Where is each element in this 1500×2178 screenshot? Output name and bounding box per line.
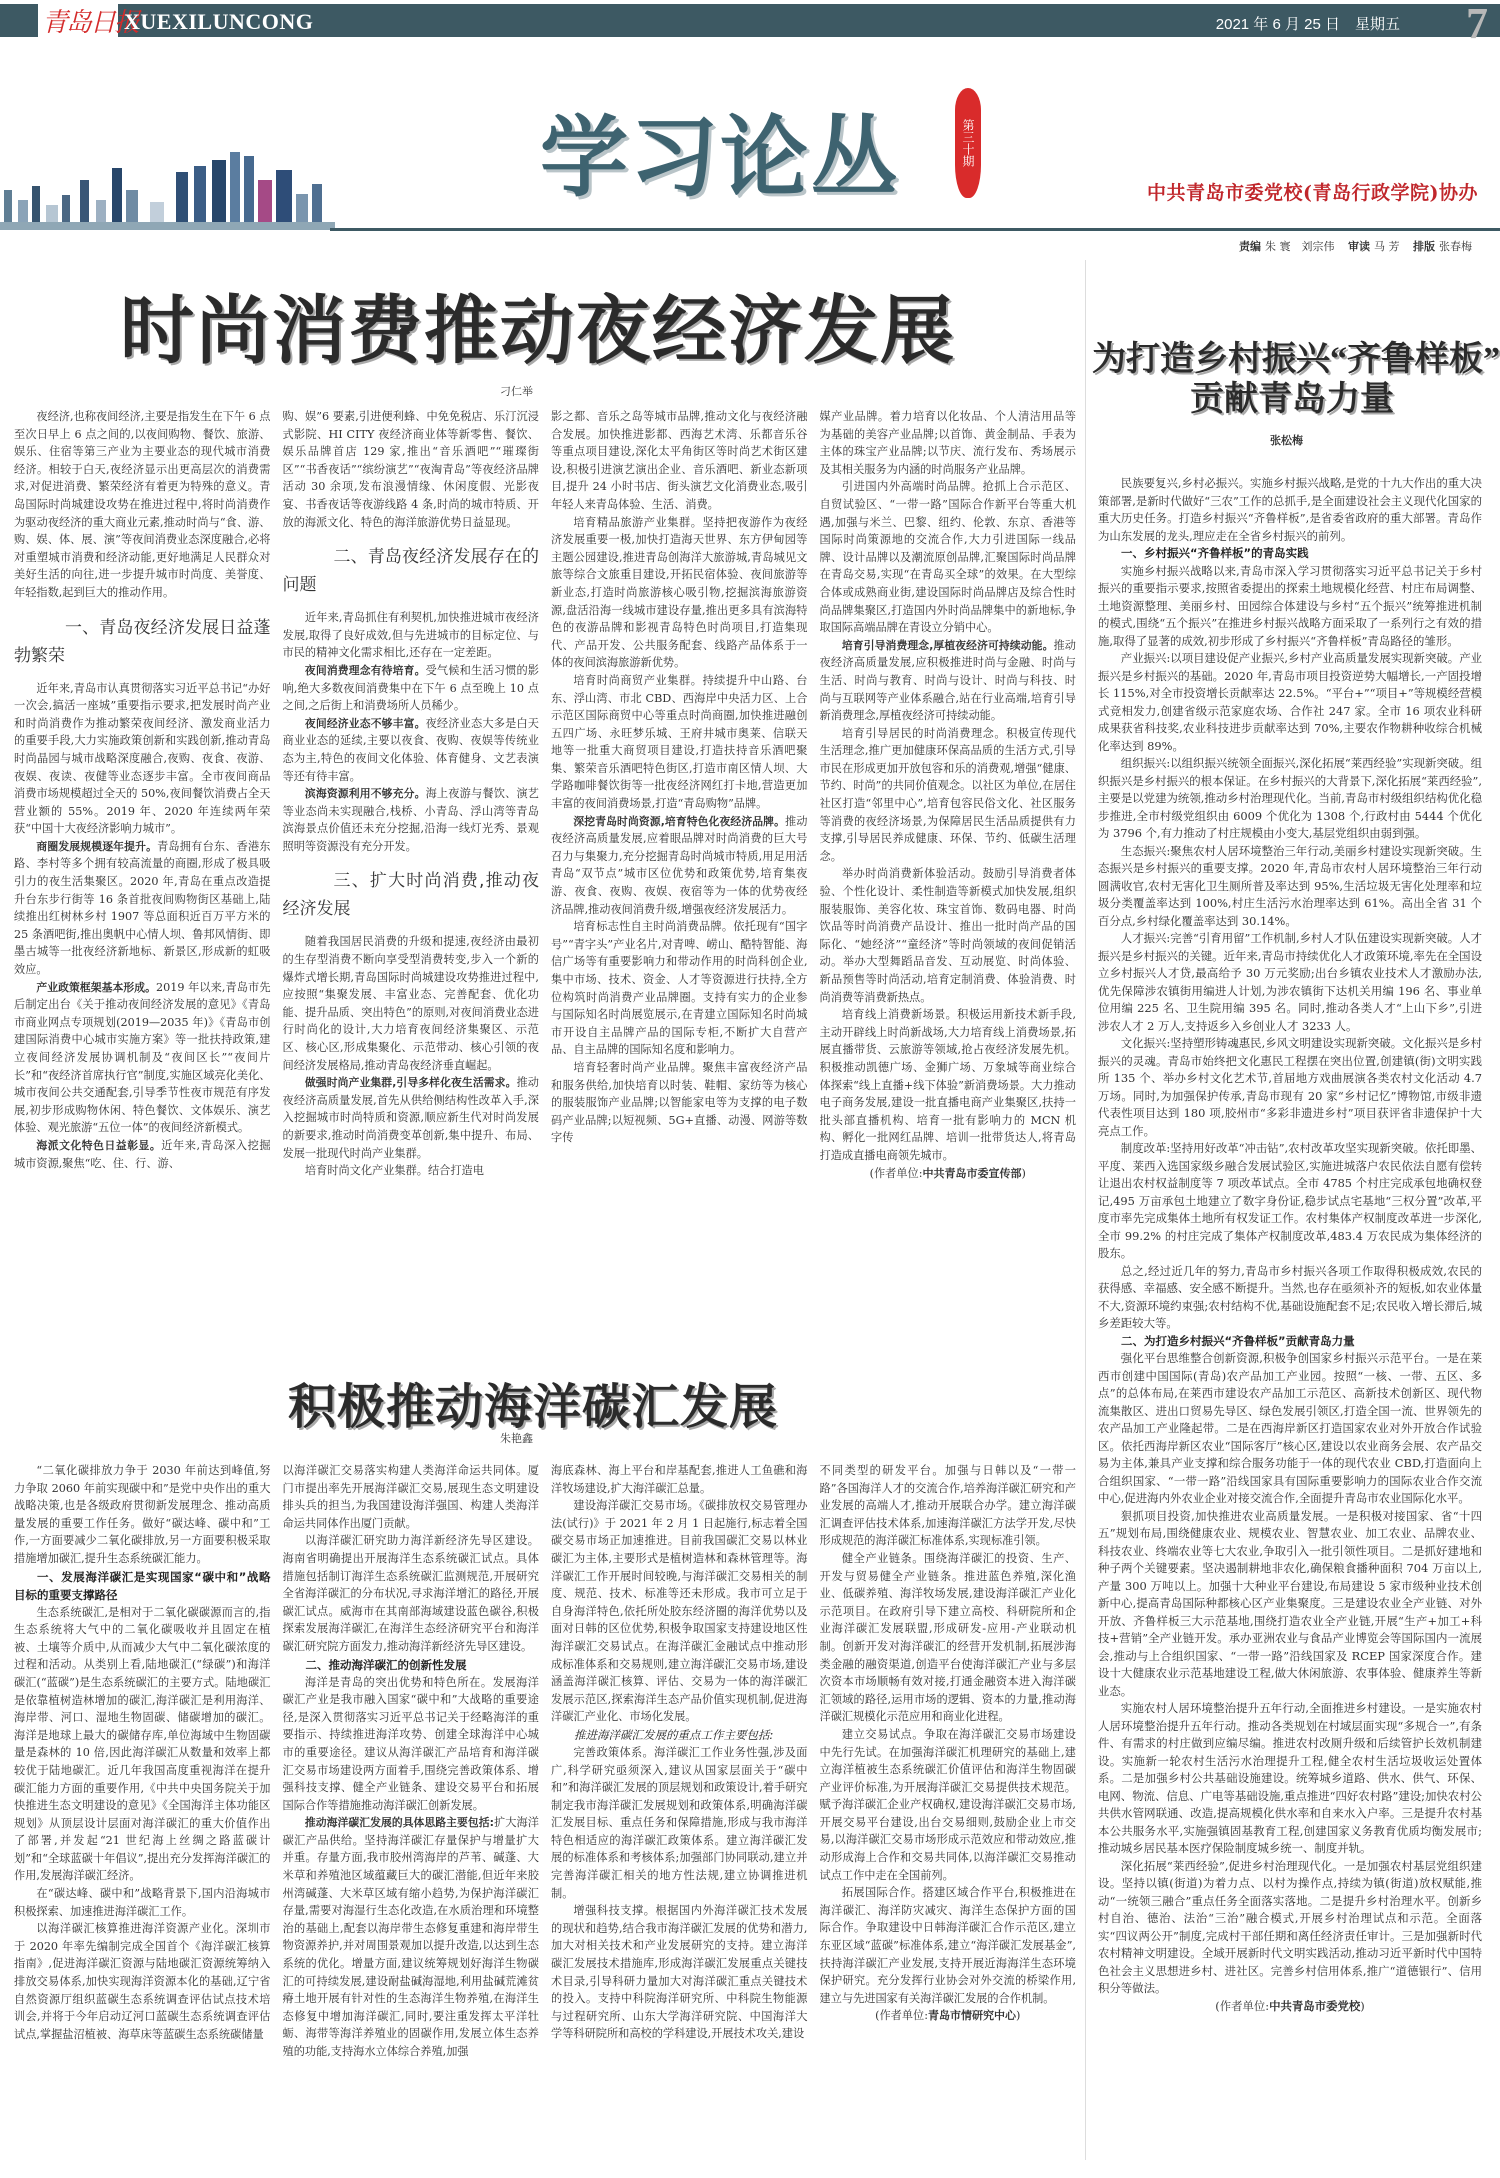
- article-body: 夜经济,也称夜间经济,主要是指发生在下午 6 点至次日早上 6 点之间的,以夜间…: [14, 408, 1076, 1318]
- text-column: 影之都、音乐之岛等城市品牌,推动文化与夜经济融合发展。加快推进影都、西海艺术湾、…: [551, 408, 808, 1318]
- paragraph: 生态系统碳汇,是相对于二氧化碳碳源而言的,指生态系统将大气中的二氧化碳吸收并且固…: [14, 1604, 271, 1886]
- text-column: 海底森林、海上平台和岸基配套,推进人工鱼礁和海洋牧场建设,扩大海洋碳汇总量。建设…: [551, 1462, 808, 2162]
- paragraph: 购、娱”6 要素,引进便利蜂、中免免税店、乐汀沉浸式影院、HI CITY 夜经济…: [283, 408, 540, 531]
- text-column: 购、娱”6 要素,引进便利蜂、中免免税店、乐汀沉浸式影院、HI CITY 夜经济…: [283, 408, 540, 1318]
- editor-names: 马 芳: [1374, 240, 1400, 253]
- paragraph: 培育引导消费理念,厚植夜经济可持续动能。推动夜经济高质量发展,应积极推进时尚与金…: [820, 637, 1077, 725]
- paragraph: 滨海资源利用不够充分。海上夜游与餐饮、演艺等业态尚未实现融合,栈桥、小青岛、浮山…: [283, 785, 540, 855]
- editor-names: 张春梅: [1439, 240, 1472, 253]
- masthead-divider: [330, 228, 1500, 231]
- article-title[interactable]: 时尚消费推动夜经济发展: [120, 272, 956, 378]
- city-skyline-image: [0, 150, 335, 230]
- paragraph: 举办时尚消费新体验活动。鼓励引导消费者体验、个性化设计、柔性制造等新模式加快发展…: [820, 865, 1077, 1006]
- section-heading: 一、乡村振兴“齐鲁样板”的青岛实践: [1098, 545, 1482, 563]
- section-heading: 二、推动海洋碳汇的创新性发展: [283, 1656, 540, 1674]
- issue-date: 2021 年 6 月 25 日 星期五: [1216, 13, 1400, 34]
- affiliation-name: 青岛市情研究中心: [928, 2009, 1016, 2022]
- paragraph: 建立交易试点。争取在海洋碳汇交易市场建设中先行先试。在加强海洋碳汇机理研究的基础…: [820, 1726, 1077, 1884]
- paragraph: 以海洋碳汇核算推进海洋资源产业化。深圳市于 2020 年率先编制完成全国首个《海…: [14, 1920, 271, 2043]
- paragraph: 深化拓展“莱西经验”,促进乡村治理现代化。一是加强农村基层党组织建设。坚持以镇(…: [1098, 1858, 1482, 1998]
- text-column: 媒产业品牌。着力培育以化妆品、个人清洁用品等为基础的美容产业品牌;以首饰、黄金制…: [820, 408, 1077, 1318]
- paragraph: 影之都、音乐之岛等城市品牌,推动文化与夜经济融合发展。加快推进影都、西海艺术湾、…: [551, 408, 808, 514]
- column-title: 学习论丛: [540, 88, 900, 214]
- paragraph: 培育标志性自主时尚消费品牌。依托现有“国字号”“青字头”产业名片,对青啤、崂山、…: [551, 918, 808, 1059]
- paragraph: 民族要复兴,乡村必振兴。实施乡村振兴战略,是党的十九大作出的重大决策部署,是新时…: [1098, 475, 1482, 545]
- paragraph: 文化振兴:坚持塑形铸魂惠民,乡风文明建设实现新突破。文化振兴是乡村振兴的灵魂。青…: [1098, 1035, 1482, 1140]
- text-column: 以海洋碳汇交易落实构建人类海洋命运共同体。厦门市提出率先开展海洋碳汇交易,展现生…: [283, 1462, 540, 2162]
- cohost-label: 中共青岛市委党校(青岛行政学院)协办: [1147, 178, 1478, 205]
- lead-in: 滨海资源利用不够充分。: [305, 787, 426, 800]
- paragraph: 引进国内外高端时尚品牌。抢抓上合示范区、自贸试验区、“一带一路”国际合作新平台等…: [820, 478, 1077, 636]
- article-body: “二氧化碳排放力争于 2030 年前达到峰值,努力争取 2060 年前实现碳中和…: [14, 1462, 1076, 2162]
- paragraph: 以海洋碳汇交易落实构建人类海洋命运共同体。厦门市提出率先开展海洋碳汇交易,展现生…: [283, 1462, 540, 1532]
- section-heading: 三、扩大时尚消费,推动夜经济发展: [283, 867, 540, 923]
- author-affiliation: (作者单位:青岛市情研究中心): [820, 2007, 1077, 2025]
- paragraph: 培育线上消费新场景。积极运用新技术新手段,主动开辟线上时尚新战场,大力培育线上消…: [820, 1006, 1077, 1164]
- section-heading: 一、发展海洋碳汇是实现国家“碳中和”战略目标的重要支撑路径: [14, 1568, 271, 1604]
- paragraph: 狠抓项目投资,加快推进农业高质量发展。一是积极对接国家、省“十四五”规划布局,围…: [1098, 1508, 1482, 1701]
- section-heading: 二、青岛夜经济发展存在的问题: [283, 543, 540, 599]
- paragraph: 海派文化特色日益彰显。近年来,青岛深入挖掘城市资源,聚焦“吃、住、行、游、: [14, 1137, 271, 1172]
- paragraph: 夜间消费理念有待培育。受气候和生活习惯的影响,绝大多数夜间消费集中在下午 6 点…: [283, 662, 540, 715]
- paragraph: 夜经济,也称夜间经济,主要是指发生在下午 6 点至次日早上 6 点之间的,以夜间…: [14, 408, 271, 602]
- paragraph: 培育时尚商贸产业集群。持续提升中山路、台东、浮山湾、市北 CBD、西海岸中央活力…: [551, 672, 808, 813]
- paragraph: 培育轻奢时尚产业品牌。聚焦丰富夜经济产品和服务供给,加快培育以时装、鞋帽、家纺等…: [551, 1059, 808, 1147]
- article-byline: 刁仁举: [500, 383, 533, 399]
- paragraph: 强化平台思维整合创新资源,积极争创国家乡村振兴示范平台。一是在莱西市创建中国国际…: [1098, 1350, 1482, 1508]
- paragraph: 产业振兴:以项目建设促产业振兴,乡村产业高质量发展实现新突破。产业振兴是乡村振兴…: [1098, 650, 1482, 755]
- paragraph: 生态振兴:聚焦农村人居环境整治三年行动,美丽乡村建设实现新突破。生态振兴是乡村振…: [1098, 843, 1482, 931]
- paragraph: 近年来,青岛市认真贯彻落实习近平总书记“办好一次会,搞活一座城”重要指示要求,把…: [14, 680, 271, 838]
- paragraph: 建设海洋碳汇交易市场。《碳排放权交易管理办法(试行)》于 2021 年 2 月 …: [551, 1497, 808, 1726]
- editor-role: 审读: [1348, 240, 1370, 253]
- article-title[interactable]: 为打造乡村振兴“齐鲁样板” 贡献青岛力量: [1092, 340, 1492, 420]
- article-title[interactable]: 积极推动海洋碳汇发展: [288, 1368, 778, 1437]
- paragraph: 人才振兴:完善“引育用留”工作机制,乡村人才队伍建设实现新突破。人才振兴是乡村振…: [1098, 930, 1482, 1035]
- paragraph: 深挖青岛时尚资源,培育特色化夜经济品牌。推动夜经济高质量发展,应着眼品牌对时尚消…: [551, 813, 808, 919]
- header-bar: 青岛日报 XUEXILUNCONG 2021 年 6 月 25 日 星期五 7: [0, 4, 1500, 37]
- lead-in: 深挖青岛时尚资源,培育特色化夜经济品牌。: [573, 815, 785, 828]
- paragraph: 做强时尚产业集群,引导多样化夜生活需求。推动夜经济高质量发展,首先从供给侧结构性…: [283, 1074, 540, 1162]
- lead-in: 推动海洋碳汇发展的具体思路主要包括:: [305, 1816, 494, 1829]
- affiliation-name: 中共青岛市委党校: [1269, 1999, 1360, 2013]
- article-byline: 张松梅: [1270, 432, 1303, 448]
- section-subheading: 推进海洋碳汇发展的重点工作主要包括:: [551, 1726, 808, 1744]
- editor-role: 排版: [1413, 240, 1435, 253]
- section-heading: 一、青岛夜经济发展日益蓬勃繁荣: [14, 614, 271, 670]
- editor-role: 责编: [1239, 240, 1261, 253]
- text-column: 夜经济,也称夜间经济,主要是指发生在下午 6 点至次日早上 6 点之间的,以夜间…: [14, 408, 271, 1318]
- paragraph: 产业政策框架基本形成。2019 年以来,青岛市先后制定出台《关于推动夜间经济发展…: [14, 979, 271, 1137]
- title-line: 贡献青岛力量: [1092, 380, 1492, 420]
- paragraph: 培育精品旅游产业集群。坚持把夜游作为夜经济发展重要一极,加快打造海天世界、东方伊…: [551, 514, 808, 672]
- article-byline: 朱艳鑫: [500, 1430, 533, 1446]
- paragraph: 媒产业品牌。着力培育以化妆品、个人清洁用品等为基础的美容产业品牌;以首饰、黄金制…: [820, 408, 1077, 478]
- page-number: 7: [1466, 2, 1488, 46]
- section-name: XUEXILUNCONG: [124, 9, 313, 35]
- paragraph: 海洋是青岛的突出优势和特色所在。发展海洋碳汇产业是我市融入国家“碳中和”大战略的…: [283, 1674, 540, 1815]
- column-divider: [1085, 260, 1086, 2160]
- paragraph: 健全产业链条。围绕海洋碳汇的投资、生产、开发与贸易健全产业链条。推进蓝色养殖,深…: [820, 1550, 1077, 1726]
- paragraph: 商圈发展规模逐年提升。青岛拥有台东、香港东路、李村等多个拥有较高流量的商圈,形成…: [14, 838, 271, 979]
- lead-in: 海派文化特色日益彰显。: [36, 1139, 161, 1152]
- paragraph: 不同类型的研发平台。加强与日韩以及“一带一路”各国海洋人才的交流合作,培养海洋碳…: [820, 1462, 1077, 1550]
- paragraph: “二氧化碳排放力争于 2030 年前达到峰值,努力争取 2060 年前实现碳中和…: [14, 1462, 271, 1568]
- affiliation-name: 中共青岛市委宣传部: [923, 1167, 1022, 1180]
- paragraph: 制度改革:坚持用好改革“冲击钻”,农村改革攻坚实现新突破。依托即墨、平度、莱西入…: [1098, 1140, 1482, 1263]
- paragraph: 组织振兴:以组织振兴统领全面振兴,深化拓展“莱西经验”实现新突破。组织振兴是乡村…: [1098, 755, 1482, 843]
- paragraph: 总之,经过近几年的努力,青岛市乡村振兴各项工作取得积极成效,农民的获得感、幸福感…: [1098, 1263, 1482, 1333]
- paragraph: 拓展国际合作。搭建区域合作平台,积极推进在海洋碳汇、海洋防灾减灾、海洋生态保护方…: [820, 1884, 1077, 2007]
- paragraph: 以海洋碳汇研究助力海洋新经济先导区建设。海南省明确提出开展海洋生态系统碳汇试点。…: [283, 1532, 540, 1655]
- section-heading: 二、为打造乡村振兴“齐鲁样板”贡献青岛力量: [1098, 1333, 1482, 1351]
- lead-in: 夜间消费理念有待培育。: [305, 664, 426, 677]
- paragraph: 增强科技支撑。根据国内外海洋碳汇技术发展的现状和趋势,结合我市海洋碳汇发展的优势…: [551, 1902, 808, 2043]
- paragraph: 实施农村人居环境整治提升五年行动,全面推进乡村建设。一是实施农村人居环境整治提升…: [1098, 1700, 1482, 1858]
- lead-in: 培育引导消费理念,厚植夜经济可持续动能。: [842, 639, 1054, 652]
- paragraph: 实施乡村振兴战略以来,青岛市深入学习贯彻落实习近平总书记关于乡村振兴的重要指示要…: [1098, 563, 1482, 651]
- lead-in: 夜间经济业态不够丰富。: [305, 717, 426, 730]
- editors-credit: 责编朱 寰 刘宗伟 审读马 芳 排版张春梅: [1239, 238, 1472, 254]
- author-affiliation: (作者单位:中共青岛市委党校): [1098, 1998, 1482, 2016]
- lead-in: 产业政策框架基本形成。: [36, 981, 156, 994]
- lead-in: 商圈发展规模逐年提升。: [36, 840, 157, 853]
- paragraph: 培育引导居民的时尚消费理念。积极宣传现代生活理念,推广更加健康环保高品质的生活方…: [820, 725, 1077, 866]
- paragraph: 推动海洋碳汇发展的具体思路主要包括:扩大海洋碳汇产品供给。坚持海洋碳汇存量保护与…: [283, 1814, 540, 2060]
- lead-in: 做强时尚产业集群,引导多样化夜生活需求。: [305, 1076, 517, 1089]
- paragraph: 夜间经济业态不够丰富。夜经济业态大多是白天商业业态的延续,主要以夜食、夜购、夜娱…: [283, 715, 540, 785]
- author-affiliation: (作者单位:中共青岛市委宣传部): [820, 1165, 1077, 1183]
- paragraph: 完善政策体系。海洋碳汇工作业务性强,涉及面广,科学研究亟须深入,建议从国家层面关…: [551, 1744, 808, 1902]
- text-column: “二氧化碳排放力争于 2030 年前达到峰值,努力争取 2060 年前实现碳中和…: [14, 1462, 271, 2162]
- paragraph: 海底森林、海上平台和岸基配套,推进人工鱼礁和海洋牧场建设,扩大海洋碳汇总量。: [551, 1462, 808, 1497]
- paragraph: 培育时尚文化产业集群。结合打造电: [283, 1162, 540, 1180]
- editor-names: 朱 寰 刘宗伟: [1265, 240, 1335, 253]
- paragraph: 在“碳达峰、碳中和”战略背景下,国内沿海城市积极探索、加速推进海洋碳汇工作。: [14, 1885, 271, 1920]
- title-line: 为打造乡村振兴“齐鲁样板”: [1092, 340, 1492, 380]
- text-column: 不同类型的研发平台。加强与日韩以及“一带一路”各国海洋人才的交流合作,培养海洋碳…: [820, 1462, 1077, 2162]
- article-body: 民族要复兴,乡村必振兴。实施乡村振兴战略,是党的十九大作出的重大决策部署,是新时…: [1098, 475, 1482, 2165]
- paragraph: 近年来,青岛抓住有利契机,加快推进城市夜经济发展,取得了良好成效,但与先进城市的…: [283, 609, 540, 662]
- issue-seal: 第三十期: [955, 88, 981, 198]
- paragraph: 随着我国居民消费的升级和提速,夜经济由最初的生存型消费不断向享受型消费转变,步入…: [283, 933, 540, 1074]
